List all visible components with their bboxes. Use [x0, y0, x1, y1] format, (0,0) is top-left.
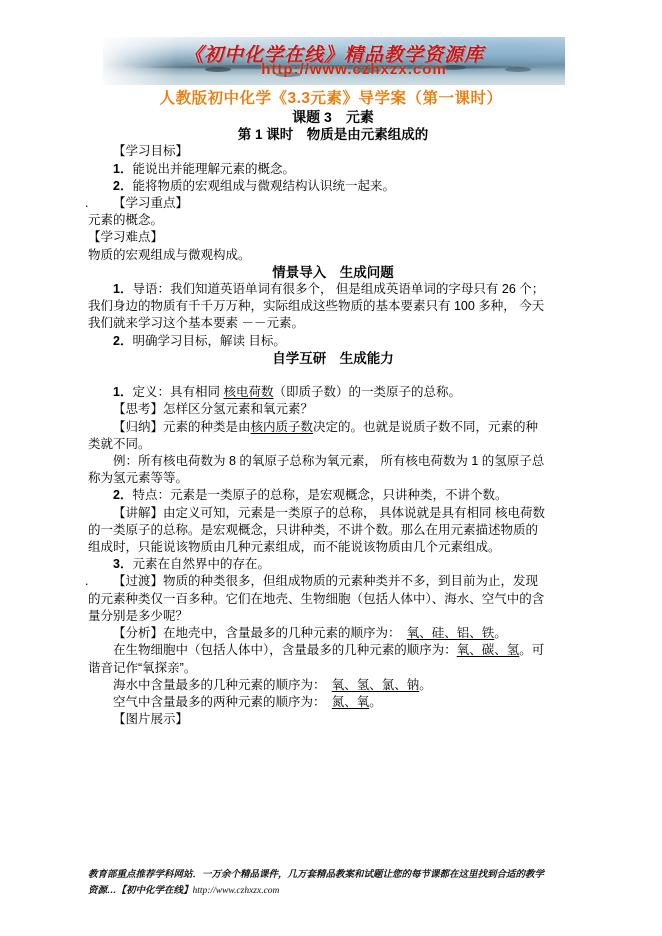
banner-site-url[interactable]: http://www.czhxzx.com — [261, 61, 446, 78]
text-line: 2．特点：元素是一类原子的总称，是宏观概念，只讲种类，不讲个数。 — [88, 487, 578, 504]
text-line: 课题 3 元素 — [88, 109, 578, 126]
text-line: 称为氢元素等等。 — [88, 470, 578, 487]
text-line: 类就不同。 — [88, 436, 578, 453]
text-line: 2．明确学习目标，解读 目标。 — [88, 333, 578, 350]
text-line: 【归纳】元素的种类是由核内质子数决定的。也就是说质子数不同，元素的种 — [88, 419, 578, 436]
text-line: 1．定义：具有相同 核电荷数（即质子数）的一类原子的总称。 — [88, 384, 578, 401]
text-line: 【图片展示】 — [88, 711, 578, 728]
page-title: 人教版初中化学《3.3元素》导学案（第一课时） — [0, 86, 662, 108]
document-body: 课题 3 元素第 1 课时 物质是由元素组成的【学习目标】1．能说出并能理解元素… — [88, 109, 578, 728]
text-line: 例：所有核电荷数为 8 的氧原子总称为氧元素， 所有核电荷数为 1 的氢原子总 — [88, 453, 578, 470]
text-line: 1．能说出并能理解元素的概念。 — [88, 161, 578, 178]
text-line: 【学习难点】 — [88, 229, 578, 246]
text-line: .【学习重点】 — [88, 195, 578, 212]
text-line: 我们就来学习这个基本要素 －－元素。 — [88, 315, 578, 332]
text-line: 自学互研 生成能力 — [88, 350, 578, 367]
text-line: 组成时，只能说该物质由几种元素组成，而不能说该物质由几个元素组成。 — [88, 539, 578, 556]
text-line: 2．能将物质的宏观组成与微观结构认识统一起来。 — [88, 178, 578, 195]
text-line: 【讲解】由定义可知，元素是一类原子的总称， 具体说就是具有相同 核电荷数 — [88, 505, 578, 522]
footer-line2-text: 资源…【初中化学在线】 — [88, 885, 193, 896]
text-line: 海水中含量最多的几种元素的顺序为： 氧、氢、氯、钠。 — [88, 677, 578, 694]
text-line: 第 1 课时 物质是由元素组成的 — [88, 126, 578, 143]
page: { "colors": { "title_orange": "#e87d0e",… — [0, 0, 662, 936]
header-banner: 《初中化学在线》精品教学资源库 http://www.czhxzx.com — [103, 37, 565, 85]
text-line: 的元素种类仅一百多种。它们在地壳、生物细胞（包括人体中）、海水、空气中的含 — [88, 591, 578, 608]
text-line — [88, 367, 578, 384]
text-line: 的一类原子的总称。是宏观概念，只讲种类，不讲个数。那么在用元素描述物质的 — [88, 522, 578, 539]
text-line: 元素的概念。 — [88, 212, 578, 229]
footer-line1: 教育部重点推荐学科网站．一万余个精品课件，几万套精品教案和试题让您的每节课都在这… — [88, 867, 588, 883]
text-line: 【思考】怎样区分氢元素和氧元素？ — [88, 401, 578, 418]
text-line: 【学习目标】 — [88, 143, 578, 160]
text-line: 谐音记作“氧探亲”。 — [88, 660, 578, 677]
text-line: 量分别是多少呢？ — [88, 608, 578, 625]
text-line: 在生物细胞中（包括人体中），含量最多的几种元素的顺序为：氧、碳、氢。可 — [88, 642, 578, 659]
footer-line2: 资源…【初中化学在线】http://www.czhxzx.com — [88, 883, 588, 900]
dolphin-silhouettes — [205, 67, 231, 72]
footer: 教育部重点推荐学科网站．一万余个精品课件，几万套精品教案和试题让您的每节课都在这… — [88, 867, 588, 899]
text-line: .【过渡】物质的种类很多，但组成物质的元素种类并不多，到目前为止，发现 — [88, 573, 578, 590]
text-line: 【分析】在地壳中，含量最多的几种元素的顺序为： 氧、硅、铝、铁。 — [88, 625, 578, 642]
text-line: 我们身边的物质有千千万万种，实际组成这些物质的基本要素只有 100 多种， 今天 — [88, 298, 578, 315]
text-line: 空气中含量最多的两种元素的顺序为： 氮、氧。 — [88, 694, 578, 711]
text-line: 情景导入 生成问题 — [88, 264, 578, 281]
text-line: 3．元素在自然界中的存在。 — [88, 556, 578, 573]
text-line: 物质的宏观组成与微观构成。 — [88, 247, 578, 264]
footer-site-url[interactable]: http://www.czhxzx.com — [193, 886, 280, 896]
text-line: 1．导语：我们知道英语单词有很多个， 但是组成英语单词的字母只有 26 个； — [88, 281, 578, 298]
